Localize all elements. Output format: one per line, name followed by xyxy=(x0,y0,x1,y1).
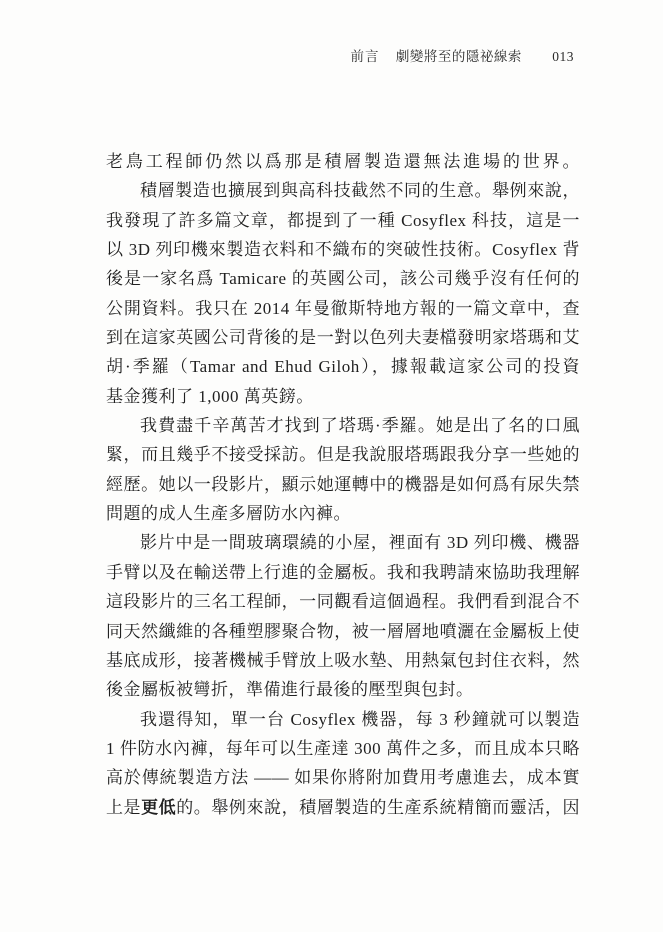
text-line: 老鳥工程師仍然以爲那是積層製造還無法進場的世界。 xyxy=(106,147,580,176)
text-line: 手臂以及在輸送帶上行進的金屬板。我和我聘請來協助我理解 xyxy=(106,558,580,587)
text-segment: 我費盡千辛萬苦才找到了塔瑪·季羅。她是出了名的口風 xyxy=(140,416,580,435)
running-header: 前言 劇變將至的隱祕線索 013 xyxy=(351,48,575,66)
text-segment: 我還得知，單一台 Cosyflex 機器，每 3 秒鐘就可以製造出 xyxy=(106,710,580,734)
text-line: 後金屬板被彎折，準備進行最後的壓型與包封。 xyxy=(106,675,580,704)
text-segment: 上是 xyxy=(106,798,141,817)
text-segment: 胡·季羅（Tamar and Ehud Giloh），據報載這家公司的投資 xyxy=(106,357,580,376)
text-segment: 這段影片的三名工程師，一同觀看這個過程。我們看到混合不 xyxy=(106,592,580,611)
text-segment: 積層製造也擴展到與高科技截然不同的生意。舉例來說， xyxy=(140,181,580,200)
text-segment: 我發現了許多篇文章，都提到了一種 Cosyflex 科技，這是一項 xyxy=(106,211,580,235)
text-line: 高於傳統製造方法 —— 如果你將附加費用考慮進去，成本實際 xyxy=(106,763,580,792)
text-line: 胡·季羅（Tamar and Ehud Giloh），據報載這家公司的投資 xyxy=(106,352,580,381)
text-line: 以 3D 列印機來製造衣料和不織布的突破性技術。Cosyflex 背 xyxy=(106,235,580,264)
body-text-block: 老鳥工程師仍然以爲那是積層製造還無法進場的世界。積層製造也擴展到與高科技截然不同… xyxy=(106,147,580,822)
emphasis-text: 更低 xyxy=(141,798,176,817)
text-line: 經歷。她以一段影片，顯示她運轉中的機器是如何爲有尿失禁 xyxy=(106,470,580,499)
header-page-number: 013 xyxy=(552,49,574,64)
text-segment: 緊，而且幾乎不接受採訪。但是我說服塔瑪跟我分享一些她的 xyxy=(106,445,580,464)
text-line: 1 件防水內褲，每年可以生產達 300 萬件之多，而且成本只略 xyxy=(106,734,580,763)
text-line: 到在這家英國公司背後的是一對以色列夫妻檔發明家塔瑪和艾 xyxy=(106,323,580,352)
text-segment: 經歷。她以一段影片，顯示她運轉中的機器是如何爲有尿失禁 xyxy=(106,475,580,494)
text-segment: 同天然纖維的各種塑膠聚合物，被一層層地噴灑在金屬板上使 xyxy=(106,622,580,641)
text-segment: 到在這家英國公司背後的是一對以色列夫妻檔發明家塔瑪和艾 xyxy=(106,328,580,347)
text-line: 緊，而且幾乎不接受採訪。但是我說服塔瑪跟我分享一些她的 xyxy=(106,440,580,469)
text-line: 問題的成人生產多層防水內褲。 xyxy=(106,499,580,528)
text-line: 同天然纖維的各種塑膠聚合物，被一層層地噴灑在金屬板上使 xyxy=(106,617,580,646)
text-segment: 基底成形，接著機械手臂放上吸水墊、用熱氣包封住衣料，然 xyxy=(106,651,580,670)
text-segment: 手臂以及在輸送帶上行進的金屬板。我和我聘請來協助我理解 xyxy=(106,563,580,582)
text-line: 影片中是一間玻璃環繞的小屋，裡面有 3D 列印機、機器 xyxy=(106,528,580,557)
text-line: 基底成形，接著機械手臂放上吸水墊、用熱氣包封住衣料，然 xyxy=(106,646,580,675)
text-segment: 後是一家名爲 Tamicare 的英國公司，該公司幾乎沒有任何的 xyxy=(106,269,580,288)
text-line: 這段影片的三名工程師，一同觀看這個過程。我們看到混合不 xyxy=(106,587,580,616)
text-segment: 公開資料。我只在 2014 年曼徹斯特地方報的一篇文章中，查 xyxy=(106,299,580,318)
text-line: 我還得知，單一台 Cosyflex 機器，每 3 秒鐘就可以製造出 xyxy=(106,705,580,734)
text-line: 後是一家名爲 Tamicare 的英國公司，該公司幾乎沒有任何的 xyxy=(106,264,580,293)
text-segment: 問題的成人生產多層防水內褲。 xyxy=(106,504,351,523)
text-line: 基金獲利了 1,000 萬英鎊。 xyxy=(106,382,580,411)
text-segment: 老鳥工程師仍然以爲那是積層製造還無法進場的世界。 xyxy=(106,152,580,171)
text-segment: 影片中是一間玻璃環繞的小屋，裡面有 3D 列印機、機器 xyxy=(140,533,580,552)
text-line: 上是更低的。舉例來說，積層製造的生產系統精簡而靈活，因 xyxy=(106,793,580,822)
book-page: 前言 劇變將至的隱祕線索 013 老鳥工程師仍然以爲那是積層製造還無法進場的世界… xyxy=(0,0,663,932)
text-segment: 的。舉例來說，積層製造的生產系統精簡而靈活，因 xyxy=(176,798,580,817)
header-chapter-title: 劇變將至的隱祕線索 xyxy=(396,49,522,64)
text-segment: 以 3D 列印機來製造衣料和不織布的突破性技術。Cosyflex 背 xyxy=(106,240,580,259)
text-segment: 後金屬板被彎折，準備進行最後的壓型與包封。 xyxy=(106,680,474,699)
text-line: 我費盡千辛萬苦才找到了塔瑪·季羅。她是出了名的口風 xyxy=(106,411,580,440)
text-segment: 基金獲利了 1,000 萬英鎊。 xyxy=(106,387,314,406)
text-line: 積層製造也擴展到與高科技截然不同的生意。舉例來說， xyxy=(106,176,580,205)
text-segment: 高於傳統製造方法 —— 如果你將附加費用考慮進去，成本實際 xyxy=(106,768,580,792)
text-line: 我發現了許多篇文章，都提到了一種 Cosyflex 科技，這是一項 xyxy=(106,206,580,235)
text-segment: 1 件防水內褲，每年可以生產達 300 萬件之多，而且成本只略 xyxy=(106,739,580,758)
text-line: 公開資料。我只在 2014 年曼徹斯特地方報的一篇文章中，查 xyxy=(106,294,580,323)
header-section-label: 前言 xyxy=(351,49,380,64)
